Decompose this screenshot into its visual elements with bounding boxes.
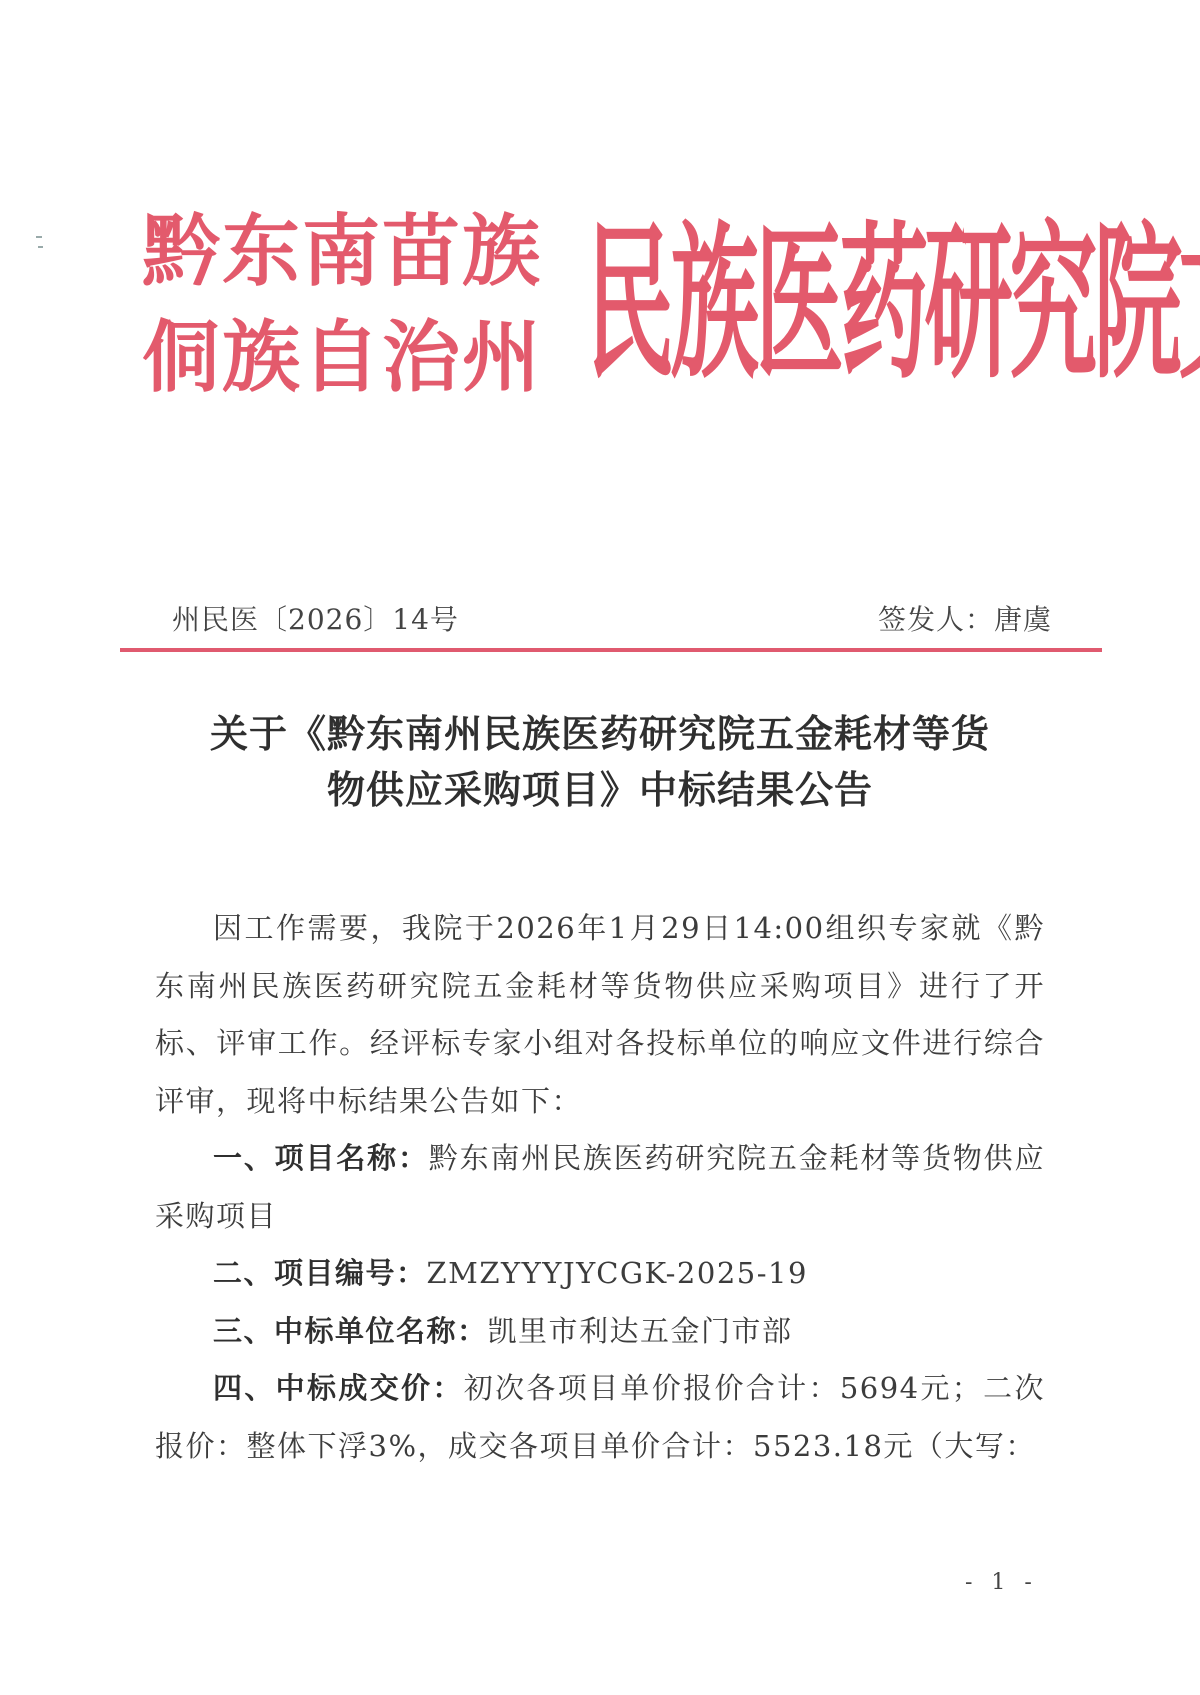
item-winning-price: 四、中标成交价：初次各项目单价报价合计：5694元；二次报价：整体下浮3%，成交… (155, 1360, 1045, 1475)
red-divider-rule (120, 648, 1102, 652)
title-line-1: 关于《黔东南州民族医药研究院五金耗材等货 (140, 706, 1060, 762)
issuer: 签发人：唐虞 (878, 598, 1052, 638)
item-value: ZMZYYYJYCGK-2025-19 (427, 1256, 808, 1290)
title-line-2: 物供应采购项目》中标结果公告 (140, 762, 1060, 818)
issuer-name: 唐虞 (994, 603, 1052, 636)
letterhead-line-2: 侗族自治州 (142, 316, 572, 400)
document-page: 黔东南苗族 侗族自治州 民族医药研究院文件 州民医〔2026〕14号 签发人：唐… (0, 0, 1200, 1695)
letterhead-right: 民族医药研究院文件 (586, 147, 1200, 462)
item-winning-bidder: 三、中标单位名称：凯里市利达五金门市部 (155, 1303, 1045, 1361)
document-number: 州民医〔2026〕14号 (172, 598, 459, 638)
letterhead-left: 黔东南苗族 侗族自治州 (142, 210, 572, 400)
item-label: 二、项目编号： (213, 1256, 427, 1290)
scan-artifact (38, 246, 43, 248)
document-meta-row: 州民医〔2026〕14号 签发人：唐虞 (172, 598, 1052, 638)
page-number: - 1 - (965, 1570, 1038, 1595)
item-label: 四、中标成交价： (213, 1371, 464, 1405)
document-body: 因工作需要，我院于2026年1月29日14:00组织专家就《黔东南州民族医药研究… (155, 900, 1045, 1475)
letterhead-line-1: 黔东南苗族 (142, 210, 572, 294)
item-project-name: 一、项目名称：黔东南州民族医药研究院五金耗材等货物供应采购项目 (155, 1130, 1045, 1245)
letterhead-org-title: 民族医药研究院文件 (586, 147, 1200, 462)
item-value: 凯里市利达五金门市部 (488, 1314, 793, 1348)
item-label: 三、中标单位名称： (213, 1314, 488, 1348)
item-project-number: 二、项目编号：ZMZYYYJYCGK-2025-19 (155, 1245, 1045, 1303)
intro-paragraph: 因工作需要，我院于2026年1月29日14:00组织专家就《黔东南州民族医药研究… (155, 900, 1045, 1130)
scan-artifact (36, 236, 42, 238)
letterhead: 黔东南苗族 侗族自治州 民族医药研究院文件 (142, 210, 1200, 400)
issuer-label: 签发人： (878, 603, 994, 636)
document-title: 关于《黔东南州民族医药研究院五金耗材等货 物供应采购项目》中标结果公告 (140, 706, 1060, 818)
item-label: 一、项目名称： (213, 1141, 429, 1175)
